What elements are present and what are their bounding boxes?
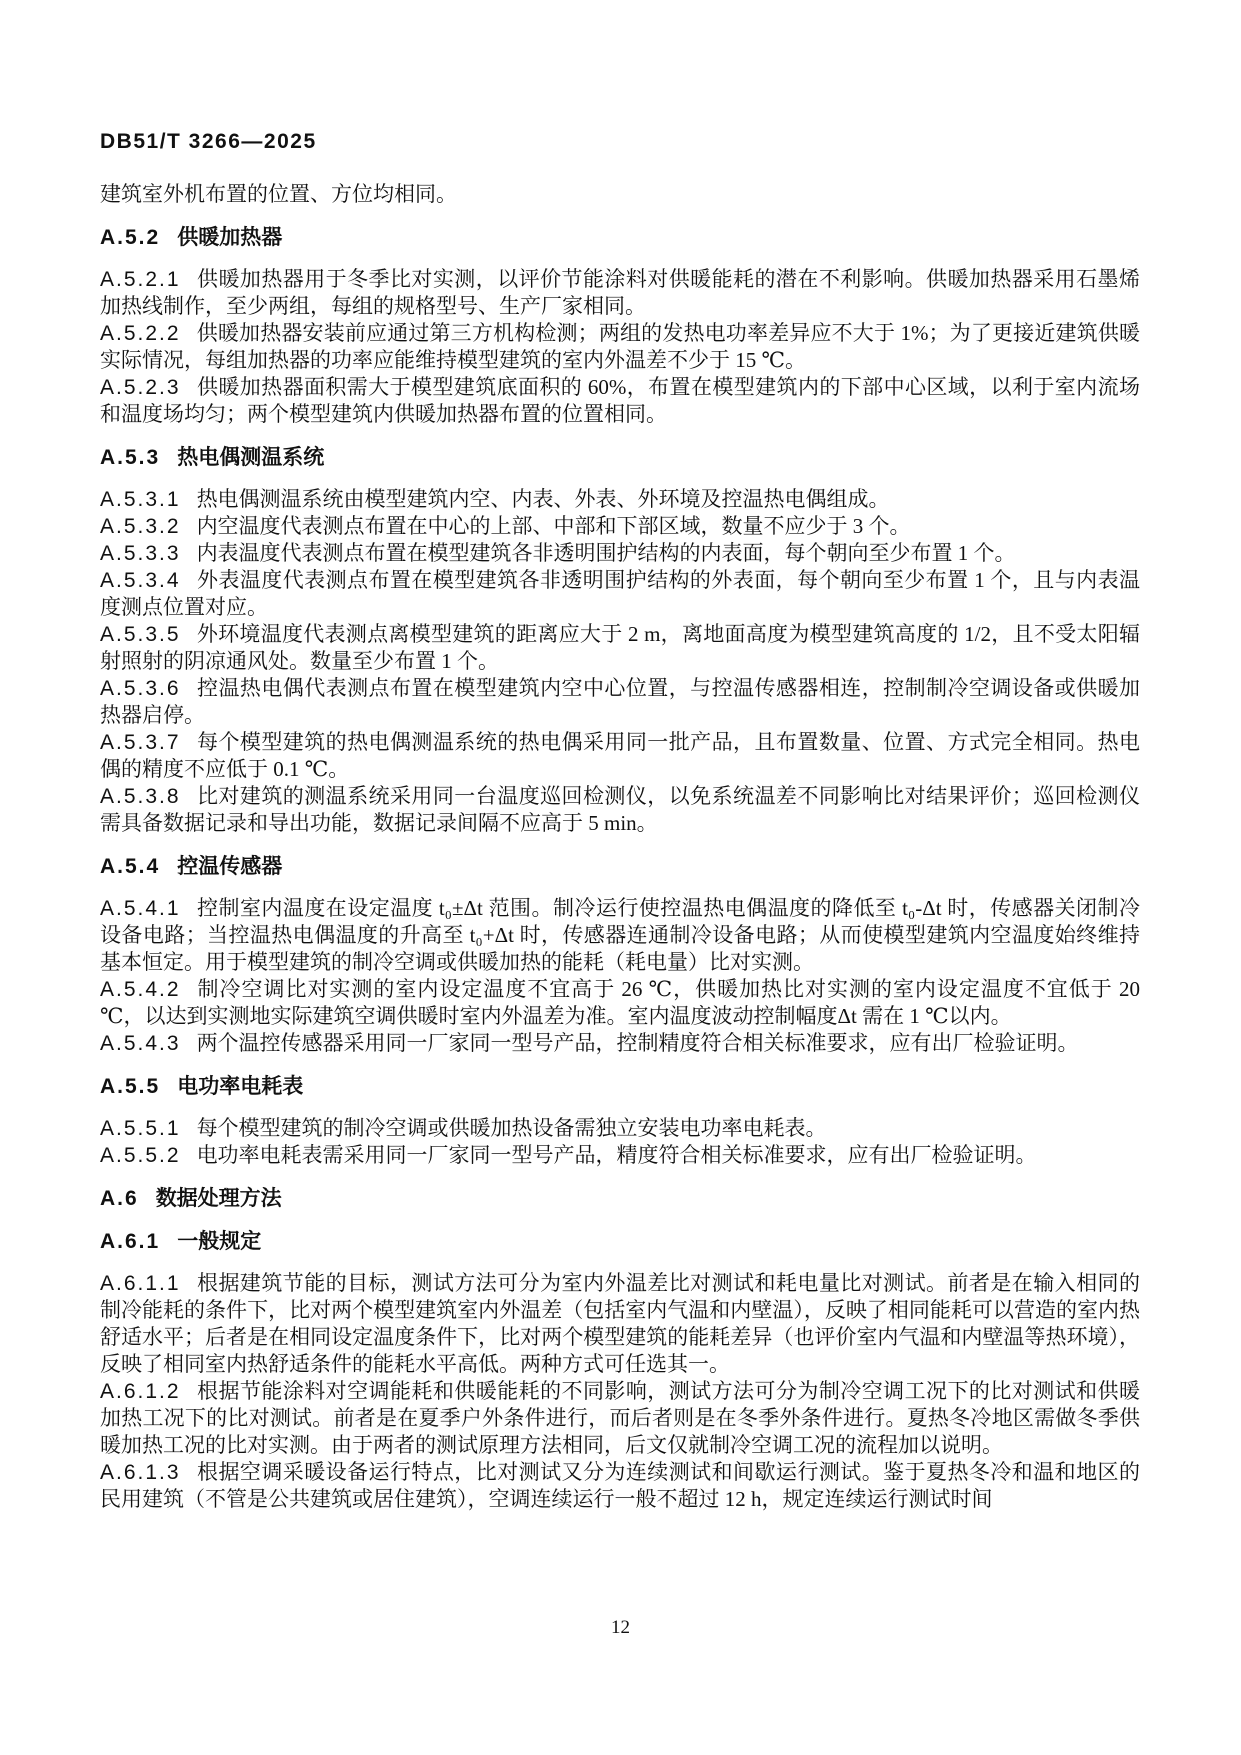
clause-a5-5-2: A.5.5.2电功率电耗表需采用同一厂家同一型号产品，精度符合相关标准要求，应有…	[100, 1142, 1140, 1169]
clause-number: A.5.3.2	[100, 515, 181, 538]
clause-text: 内表温度代表测点布置在模型建筑各非透明围护结构的内表面，每个朝向至少布置 1 个…	[197, 541, 1016, 565]
clause-a6-1-3: A.6.1.3根据空调采暖设备运行特点，比对测试又分为连续测试和间歇运行测试。鉴…	[100, 1459, 1140, 1513]
clause-text: 比对建筑的测温系统采用同一台温度巡回检测仪，以免系统温差不同影响比对结果评价；巡…	[100, 784, 1140, 835]
section-heading-a5-3: A.5.3热电偶测温系统	[100, 444, 1140, 471]
clause-a5-3-3: A.5.3.3内表温度代表测点布置在模型建筑各非透明围护结构的内表面，每个朝向至…	[100, 540, 1140, 567]
paragraph-intro: 建筑室外机布置的位置、方位均相同。	[100, 181, 1140, 208]
clause-number: A.5.5.2	[100, 1144, 181, 1167]
clause-a5-3-5: A.5.3.5外环境温度代表测点离模型建筑的距离应大于 2 m，离地面高度为模型…	[100, 621, 1140, 675]
clause-text: 电功率电耗表需采用同一厂家同一型号产品，精度符合相关标准要求，应有出厂检验证明。	[197, 1143, 1037, 1167]
section-title: 一般规定	[177, 1230, 261, 1253]
clause-a5-3-7: A.5.3.7每个模型建筑的热电偶测温系统的热电偶采用同一批产品，且布置数量、位…	[100, 729, 1140, 783]
clause-number: A.5.3.5	[100, 623, 181, 646]
section-heading-a6-1: A.6.1一般规定	[100, 1228, 1140, 1255]
clause-number: A.5.4.3	[100, 1032, 181, 1055]
clause-a5-4-3: A.5.4.3两个温控传感器采用同一厂家同一型号产品，控制精度符合相关标准要求，…	[100, 1030, 1140, 1057]
clause-number: A.5.3.8	[100, 785, 181, 808]
section-heading-a5-5: A.5.5电功率电耗表	[100, 1073, 1140, 1100]
clause-a6-1-1: A.6.1.1根据建筑节能的目标，测试方法可分为室内外温差比对测试和耗电量比对测…	[100, 1270, 1140, 1378]
clause-a5-4-1: A.5.4.1控制室内温度在设定温度 t₀±Δt 范围。制冷运行使控温热电偶温度…	[100, 895, 1140, 976]
section-heading-a5-2: A.5.2供暖加热器	[100, 224, 1140, 251]
clause-a5-3-8: A.5.3.8比对建筑的测温系统采用同一台温度巡回检测仪，以免系统温差不同影响比…	[100, 783, 1140, 837]
section-number: A.6.1	[100, 1230, 160, 1253]
clause-text: 内空温度代表测点布置在中心的上部、中部和下部区域，数量不应少于 3 个。	[197, 514, 911, 538]
clause-number: A.5.3.3	[100, 542, 181, 565]
standard-code: DB51/T 3266—2025	[100, 130, 1140, 154]
section-number: A.5.2	[100, 226, 160, 249]
section-number: A.5.3	[100, 446, 160, 469]
clause-text: 根据空调采暖设备运行特点，比对测试又分为连续测试和间歇运行测试。鉴于夏热冬冷和温…	[100, 1460, 1140, 1511]
clause-text: 供暖加热器面积需大于模型建筑底面积的 60%，布置在模型建筑内的下部中心区域，以…	[100, 375, 1140, 426]
clause-text: 供暖加热器安装前应通过第三方机构检测；两组的发热电功率差异应不大于 1%；为了更…	[100, 321, 1140, 372]
clause-text: 外表温度代表测点布置在模型建筑各非透明围护结构的外表面，每个朝向至少布置 1 个…	[100, 568, 1140, 619]
clause-a5-2-1: A.5.2.1供暖加热器用于冬季比对实测，以评价节能涂料对供暖能耗的潜在不利影响…	[100, 266, 1140, 320]
page-number: 12	[0, 1617, 1241, 1639]
clause-number: A.5.3.4	[100, 569, 181, 592]
clause-a5-3-4: A.5.3.4外表温度代表测点布置在模型建筑各非透明围护结构的外表面，每个朝向至…	[100, 567, 1140, 621]
clause-a5-4-2: A.5.4.2制冷空调比对实测的室内设定温度不宜高于 26 ℃，供暖加热比对实测…	[100, 976, 1140, 1030]
clause-number: A.6.1.1	[100, 1272, 181, 1295]
section-heading-a6: A.6数据处理方法	[100, 1185, 1140, 1212]
clause-number: A.5.3.6	[100, 677, 181, 700]
clause-text: 两个温控传感器采用同一厂家同一型号产品，控制精度符合相关标准要求，应有出厂检验证…	[197, 1031, 1079, 1055]
section-title: 数据处理方法	[156, 1187, 282, 1210]
clause-number: A.5.2.2	[100, 322, 181, 345]
clause-a5-3-2: A.5.3.2内空温度代表测点布置在中心的上部、中部和下部区域，数量不应少于 3…	[100, 513, 1140, 540]
clause-number: A.5.2.1	[100, 268, 181, 291]
clause-text: 每个模型建筑的热电偶测温系统的热电偶采用同一批产品，且布置数量、位置、方式完全相…	[100, 730, 1140, 781]
clause-text: 根据节能涂料对空调能耗和供暖能耗的不同影响，测试方法可分为制冷空调工况下的比对测…	[100, 1379, 1140, 1457]
clause-a5-3-1: A.5.3.1热电偶测温系统由模型建筑内空、内表、外表、外环境及控温热电偶组成。	[100, 486, 1140, 513]
section-number: A.5.4	[100, 855, 160, 878]
clause-number: A.5.2.3	[100, 376, 181, 399]
document-page: DB51/T 3266—2025 建筑室外机布置的位置、方位均相同。 A.5.2…	[0, 0, 1241, 1755]
clause-a5-3-6: A.5.3.6控温热电偶代表测点布置在模型建筑内空中心位置，与控温传感器相连，控…	[100, 675, 1140, 729]
section-title: 电功率电耗表	[177, 1075, 303, 1098]
clause-number: A.5.3.7	[100, 731, 181, 754]
clause-text: 供暖加热器用于冬季比对实测，以评价节能涂料对供暖能耗的潜在不利影响。供暖加热器采…	[100, 267, 1140, 318]
clause-text: 每个模型建筑的制冷空调或供暖加热设备需独立安装电功率电耗表。	[197, 1116, 827, 1140]
clause-number: A.6.1.2	[100, 1380, 181, 1403]
clause-a5-2-2: A.5.2.2供暖加热器安装前应通过第三方机构检测；两组的发热电功率差异应不大于…	[100, 320, 1140, 374]
clause-text: 控温热电偶代表测点布置在模型建筑内空中心位置，与控温传感器相连，控制制冷空调设备…	[100, 676, 1140, 727]
clause-number: A.6.1.3	[100, 1461, 181, 1484]
section-title: 热电偶测温系统	[177, 446, 324, 469]
section-title: 供暖加热器	[177, 226, 282, 249]
clause-number: A.5.4.1	[100, 897, 181, 920]
clause-a5-2-3: A.5.2.3供暖加热器面积需大于模型建筑底面积的 60%，布置在模型建筑内的下…	[100, 374, 1140, 428]
clause-text: 外环境温度代表测点离模型建筑的距离应大于 2 m，离地面高度为模型建筑高度的 1…	[100, 622, 1140, 673]
section-heading-a5-4: A.5.4控温传感器	[100, 853, 1140, 880]
clause-a5-5-1: A.5.5.1每个模型建筑的制冷空调或供暖加热设备需独立安装电功率电耗表。	[100, 1115, 1140, 1142]
section-title: 控温传感器	[177, 855, 282, 878]
clause-number: A.5.4.2	[100, 978, 181, 1001]
section-number: A.5.5	[100, 1075, 160, 1098]
clause-a6-1-2: A.6.1.2根据节能涂料对空调能耗和供暖能耗的不同影响，测试方法可分为制冷空调…	[100, 1378, 1140, 1459]
clause-text: 制冷空调比对实测的室内设定温度不宜高于 26 ℃，供暖加热比对实测的室内设定温度…	[100, 977, 1140, 1028]
clause-text: 根据建筑节能的目标，测试方法可分为室内外温差比对测试和耗电量比对测试。前者是在输…	[100, 1271, 1140, 1376]
clause-text: 控制室内温度在设定温度 t₀±Δt 范围。制冷运行使控温热电偶温度的降低至 t₀…	[100, 896, 1140, 974]
section-number: A.6	[100, 1187, 139, 1210]
clause-number: A.5.5.1	[100, 1117, 181, 1140]
clause-text: 热电偶测温系统由模型建筑内空、内表、外表、外环境及控温热电偶组成。	[197, 487, 890, 511]
clause-number: A.5.3.1	[100, 488, 181, 511]
